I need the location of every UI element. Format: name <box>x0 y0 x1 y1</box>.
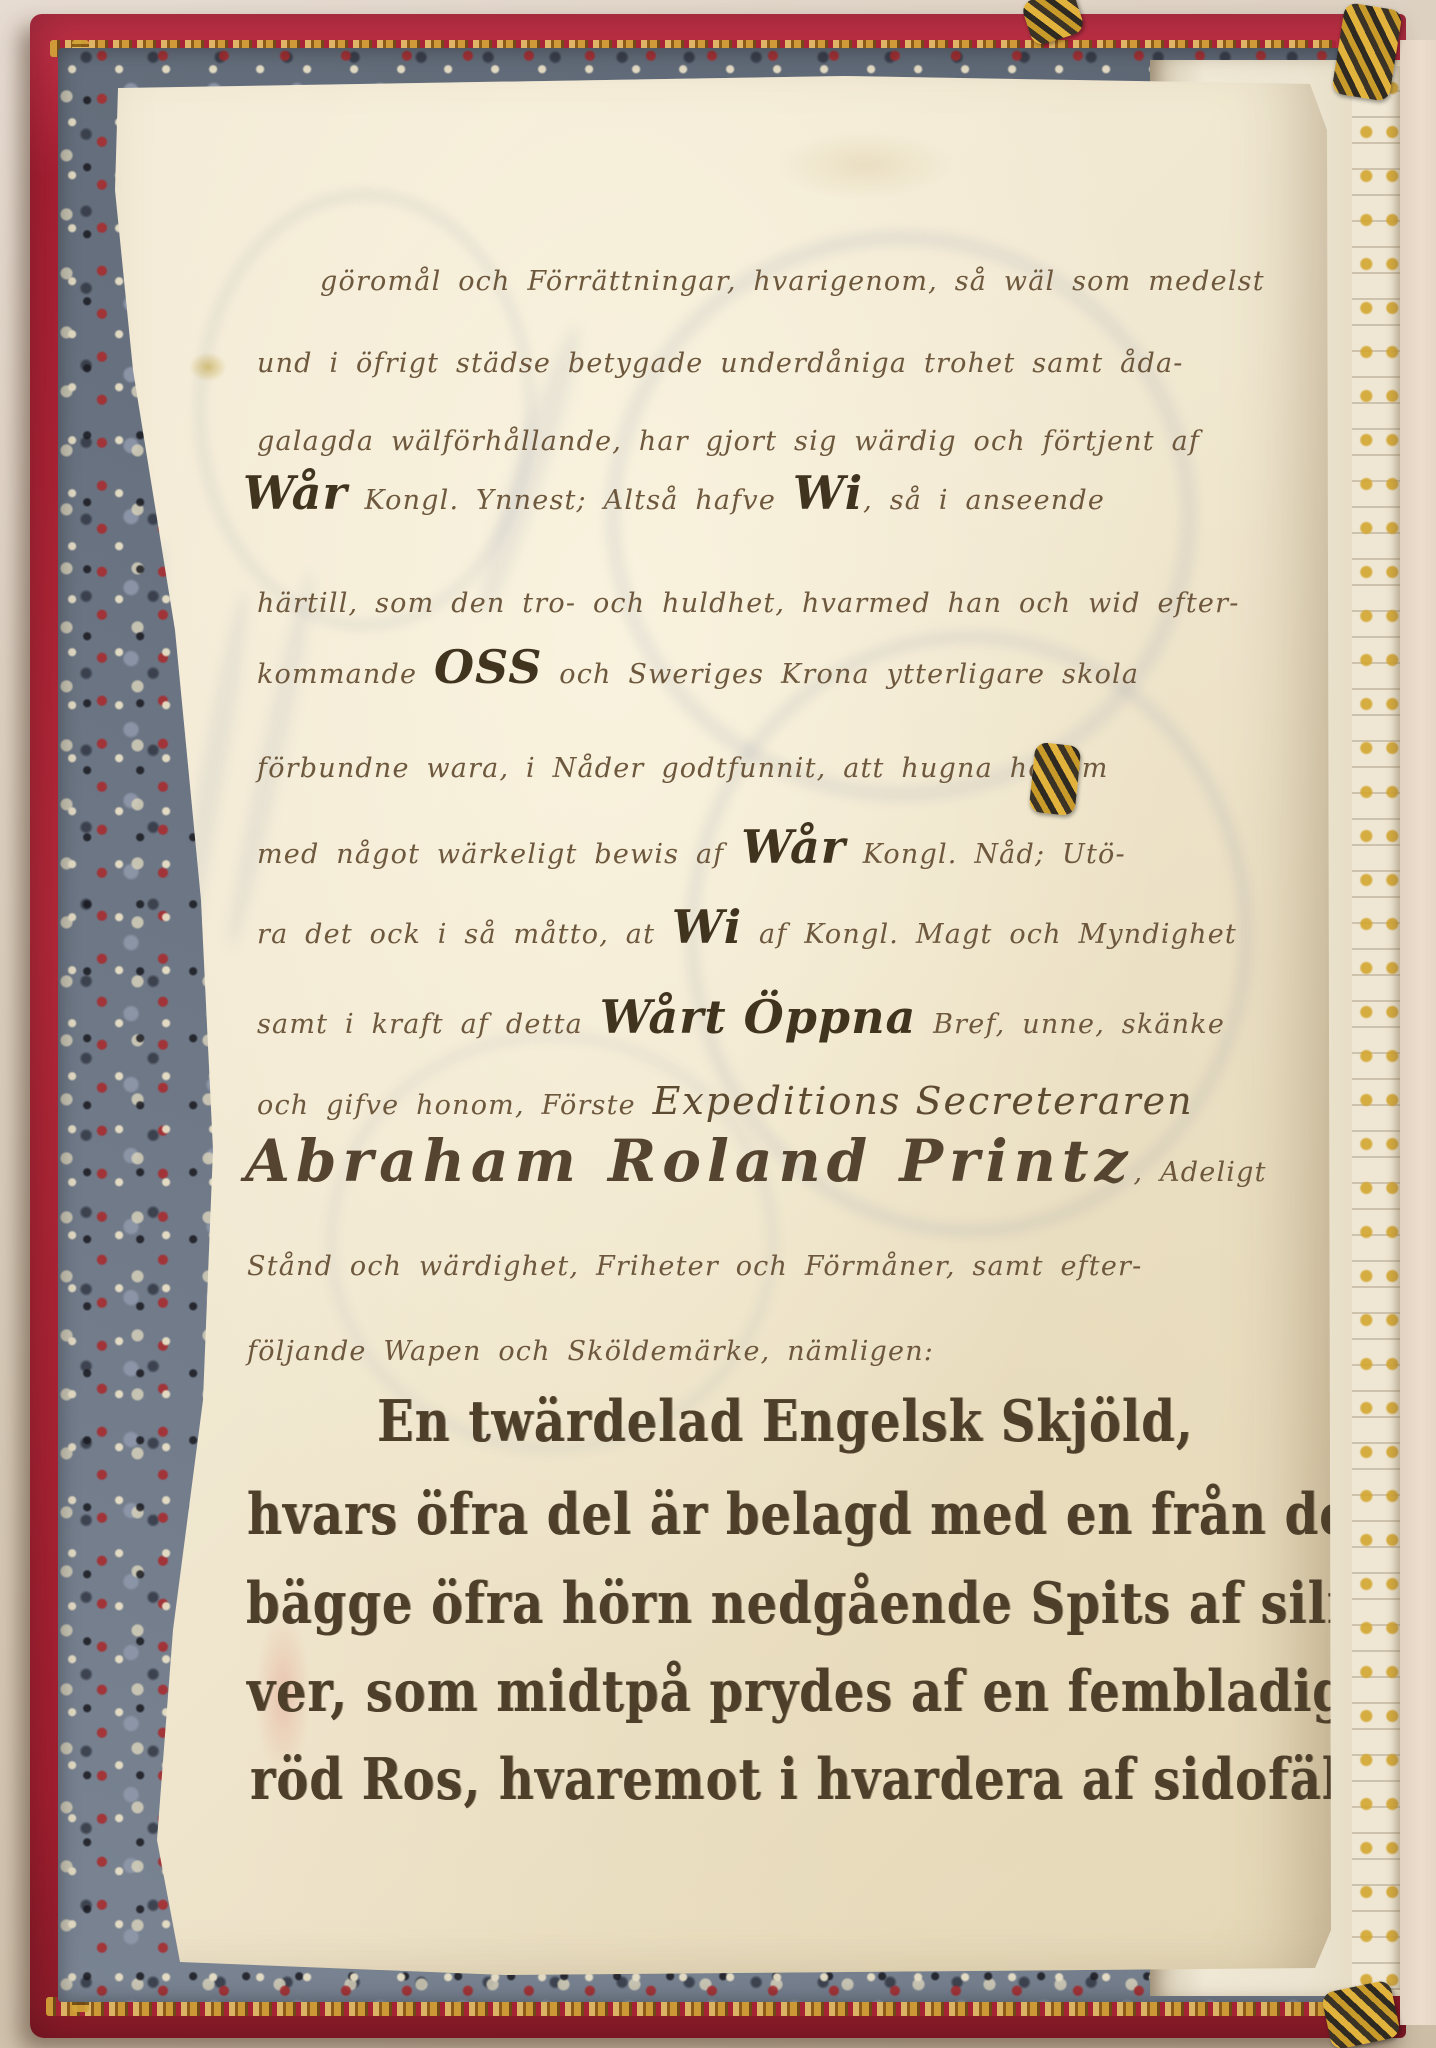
manuscript-text: und i öfrigt städse betygade underdåniga… <box>257 348 1184 379</box>
calligraphic-word: Wår <box>741 820 846 874</box>
manuscript-line: förbundne wara, i Nåder godtfunnit, att … <box>257 753 1109 785</box>
calligraphic-word: Wi <box>672 900 742 954</box>
manuscript-line: och gifve honom, Förste Expeditions Secr… <box>257 1079 1194 1125</box>
scanned-document-scene: göromål och Förrättningar, hvarigenom, s… <box>0 0 1436 2048</box>
blazon-line: En twärdelad Engelsk Skjöld, <box>377 1389 1193 1457</box>
calligraphic-word: Wårt Öppna <box>600 990 917 1044</box>
manuscript-text: med något wärkeligt bewis af <box>257 839 741 870</box>
manuscript-text: Kongl. Nåd; Utö- <box>846 839 1126 870</box>
blazon-line: röd Ros, hvaremot i hvardera af sidofäl- <box>250 1747 1362 1815</box>
blazon-line: bägge öfra hörn nedgående Spits af silf- <box>246 1571 1368 1639</box>
manuscript-line: kommande OSS och Sweriges Krona ytterlig… <box>257 640 1139 695</box>
blackletter-text: bägge öfra hörn nedgående Spits af silf- <box>246 1571 1368 1637</box>
manuscript-text: , så i anseende <box>863 485 1105 516</box>
ink-stain <box>189 352 227 382</box>
blackletter-text: röd Ros, hvaremot i hvardera af sidofäl- <box>250 1747 1362 1813</box>
calligraphic-word: Wår <box>243 466 348 520</box>
manuscript-text: göromål och Förrättningar, hvarigenom, s… <box>320 266 1265 297</box>
calligraphic-word: Wi <box>793 466 863 520</box>
manuscript-line: göromål och Förrättningar, hvarigenom, s… <box>320 266 1265 298</box>
seal-cord-knot-middle <box>1028 742 1081 816</box>
manuscript-line-name: Abraham Roland Printz, Adeligt <box>245 1127 1267 1197</box>
parchment-discoloration <box>775 130 955 200</box>
blackletter-text: hvars öfra del är belagd med en från des… <box>247 1482 1407 1548</box>
manuscript-text: ra det ock i så måtto, at <box>257 919 672 950</box>
manuscript-text: galagda wälförhållande, har gjort sig wä… <box>257 426 1200 457</box>
manuscript-text: härtill, som den tro- och huldhet, hvarm… <box>257 588 1240 619</box>
manuscript-text: Bref, unne, skänke <box>916 1009 1225 1040</box>
ennobled-name: Abraham Roland Printz <box>245 1127 1134 1195</box>
manuscript-line: med något wärkeligt bewis af Wår Kongl. … <box>257 820 1126 875</box>
deckled-fore-edge <box>1352 66 1400 1990</box>
blazon-line: hvars öfra del är belagd med en från des… <box>247 1482 1407 1550</box>
manuscript-line: Wår Kongl. Ynnest; Altså hafve Wi, så i … <box>243 466 1105 521</box>
manuscript-line: följande Wapen och Sköldemärke, nämligen… <box>247 1336 934 1368</box>
manuscript-text: samt i kraft af detta <box>257 1009 600 1040</box>
manuscript-text: och Sweriges Krona ytterligare skola <box>542 659 1139 690</box>
manuscript-text: förbundne wara, i Nåder godtfunnit, att … <box>257 753 1109 784</box>
manuscript-text: och gifve honom, Förste <box>257 1090 653 1121</box>
manuscript-line: Stånd och wärdighet, Friheter och Förmån… <box>247 1251 1142 1283</box>
manuscript-text: Kongl. Ynnest; Altså hafve <box>348 485 793 516</box>
blackletter-text: En twärdelad Engelsk Skjöld, <box>377 1389 1193 1455</box>
manuscript-line: ra det ock i så måtto, at Wi af Kongl. M… <box>257 900 1237 955</box>
fore-edge-strip <box>1400 40 1436 2025</box>
title-roundhand: Expeditions Secreteraren <box>653 1079 1194 1123</box>
blackletter-text: ver, som midtpå prydes af en fembladig <box>247 1659 1347 1725</box>
calligraphic-word: OSS <box>434 640 543 694</box>
manuscript-line: samt i kraft af detta Wårt Öppna Bref, u… <box>257 990 1225 1045</box>
verso-showthrough-swirl <box>195 190 535 630</box>
manuscript-text: Stånd och wärdighet, Friheter och Förmån… <box>247 1251 1142 1282</box>
manuscript-line: härtill, som den tro- och huldhet, hvarm… <box>257 588 1240 620</box>
manuscript-text: följande Wapen och Sköldemärke, nämligen… <box>247 1336 934 1367</box>
blazon-line: ver, som midtpå prydes af en fembladig <box>247 1659 1347 1727</box>
manuscript-text: af Kongl. Magt och Myndighet <box>742 919 1237 950</box>
manuscript-line: galagda wälförhållande, har gjort sig wä… <box>257 426 1200 458</box>
manuscript-text: , Adeligt <box>1134 1157 1267 1188</box>
vellum-page: göromål och Förrättningar, hvarigenom, s… <box>85 70 1333 1982</box>
manuscript-text: kommande <box>257 659 434 690</box>
manuscript-line: und i öfrigt städse betygade underdåniga… <box>257 348 1184 380</box>
